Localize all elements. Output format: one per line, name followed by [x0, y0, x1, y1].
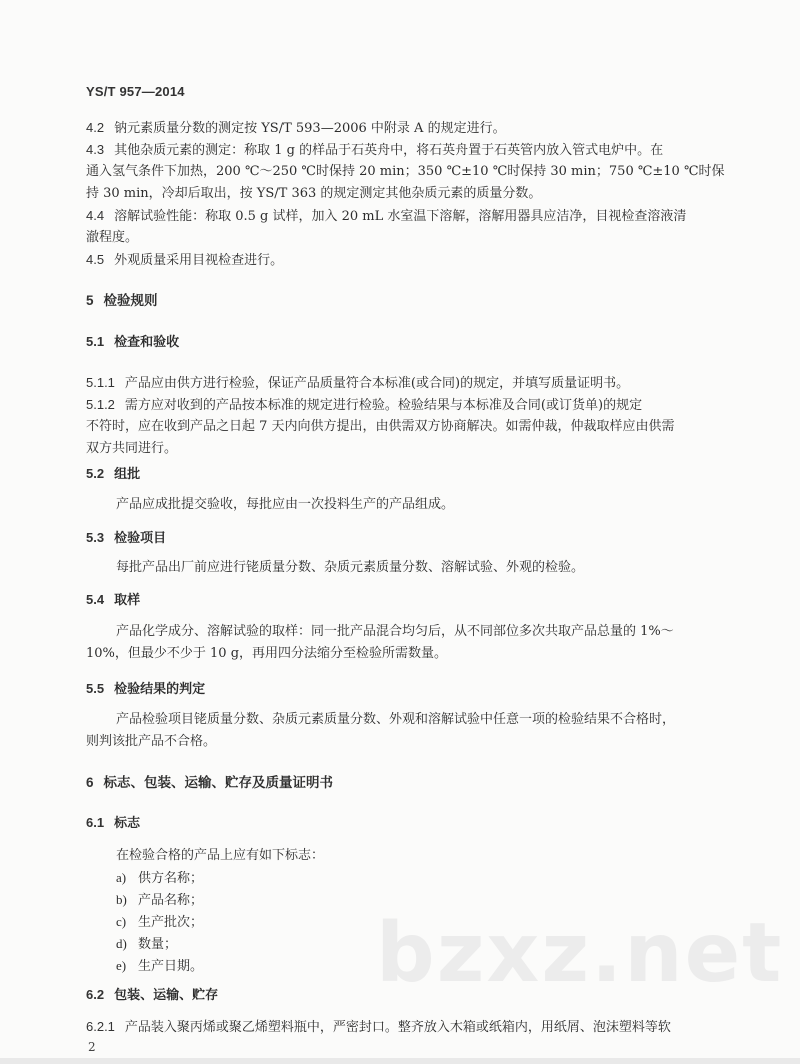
paragraph-6-1: 在检验合格的产品上应有如下标志： — [116, 846, 324, 866]
list-label: e) — [116, 956, 138, 976]
list-label: a) — [116, 868, 138, 888]
watermark: bzxz.net — [376, 913, 783, 995]
clause-number: 6.2.1 — [86, 1019, 115, 1034]
clause-4-5: 4.5外观质量采用目视检查进行。 — [86, 250, 283, 271]
list-item: a)供方名称； — [116, 868, 203, 889]
clause-5-1-2-cont: 双方共同进行。 — [86, 439, 177, 459]
section-title: 检验项目 — [114, 531, 166, 546]
clause-4-4: 4.4溶解试验性能：称取 0.5 g 试样，加入 20 mL 水室温下溶解，溶解… — [86, 206, 686, 227]
section-title: 标志、包装、运输、贮存及质量证明书 — [104, 775, 334, 791]
list-text: 产品名称； — [138, 893, 203, 908]
clause-text: 需方应对收到的产品按本标准的规定进行检验。检验结果与本标准及合同(或订货单)的规… — [125, 398, 642, 413]
section-number: 5.4 — [86, 592, 104, 607]
clause-text: 产品装入聚丙烯或聚乙烯塑料瓶中，严密封口。整齐放入木箱或纸箱内，用纸屑、泡沫塑料… — [125, 1020, 671, 1035]
document-page: bzxz.net YS/T 957—2014 4.2钠元素质量分数的测定按 YS… — [0, 0, 800, 1064]
section-5-5-heading: 5.5检验结果的判定 — [86, 679, 205, 700]
standard-code-header: YS/T 957—2014 — [86, 84, 185, 99]
clause-text: 溶解试验性能：称取 0.5 g 试样，加入 20 mL 水室温下溶解，溶解用器具… — [114, 209, 686, 224]
clause-4-4-cont: 澈程度。 — [86, 228, 138, 248]
section-title: 取样 — [114, 593, 140, 608]
clause-text: 产品应由供方进行检验，保证产品质量符合本标准(或合同)的规定，并填写质量证明书。 — [125, 376, 629, 391]
section-number: 6 — [86, 775, 94, 790]
paragraph-5-5: 产品检验项目铑质量分数、杂质元素质量分数、外观和溶解试验中任意一项的检验结果不合… — [116, 710, 675, 730]
section-number: 5.5 — [86, 681, 104, 696]
section-number: 5.3 — [86, 530, 104, 545]
paragraph-5-4-cont: 10%，但最少不少于 10 g，再用四分法缩分至检验所需数量。 — [86, 644, 447, 664]
list-item: e)生产日期。 — [116, 956, 203, 977]
section-5-heading: 5检验规则 — [86, 291, 158, 311]
clause-4-3: 4.3其他杂质元素的测定：称取 1 g 的样品于石英舟中，将石英舟置于石英管内放… — [86, 140, 663, 161]
section-6-1-heading: 6.1标志 — [86, 813, 140, 834]
clause-5-1-1: 5.1.1产品应由供方进行检验，保证产品质量符合本标准(或合同)的规定，并填写质… — [86, 373, 629, 394]
section-6-heading: 6标志、包装、运输、贮存及质量证明书 — [86, 773, 333, 793]
paragraph-5-2: 产品应成批提交验收，每批应由一次投料生产的产品组成。 — [116, 495, 454, 515]
section-5-4-heading: 5.4取样 — [86, 590, 140, 611]
section-5-1-heading: 5.1检查和验收 — [86, 332, 179, 353]
list-text: 数量； — [138, 937, 177, 952]
section-title: 标志 — [114, 816, 140, 831]
page-bottom-edge — [0, 1058, 800, 1064]
paragraph-5-4: 产品化学成分、溶解试验的取样：同一批产品混合均匀后，从不同部位多次共取产品总量的… — [116, 622, 674, 642]
clause-text: 外观质量采用目视检查进行。 — [114, 253, 283, 268]
list-item: d)数量； — [116, 934, 177, 955]
clause-number: 5.1.1 — [86, 375, 115, 390]
list-text: 供方名称； — [138, 871, 203, 886]
clause-text: 钠元素质量分数的测定按 YS/T 593—2006 中附录 A 的规定进行。 — [114, 121, 506, 136]
clause-5-1-2-cont: 不符时，应在收到产品之日起 7 天内向供方提出，由供需双方协商解决。如需仲裁，仲… — [86, 417, 675, 437]
clause-number: 5.1.2 — [86, 397, 115, 412]
clause-4-2: 4.2钠元素质量分数的测定按 YS/T 593—2006 中附录 A 的规定进行… — [86, 118, 506, 139]
list-label: b) — [116, 890, 138, 910]
clause-4-3-cont: 持 30 min，冷却后取出，按 YS/T 363 的规定测定其他杂质元素的质量… — [86, 184, 541, 204]
section-title: 检验结果的判定 — [114, 682, 205, 697]
list-item: c)生产批次； — [116, 912, 203, 933]
section-5-2-heading: 5.2组批 — [86, 464, 140, 485]
list-item: b)产品名称； — [116, 890, 203, 911]
section-number: 6.2 — [86, 987, 104, 1002]
section-number: 6.1 — [86, 815, 104, 830]
section-number: 5.2 — [86, 466, 104, 481]
clause-number: 4.3 — [86, 142, 104, 157]
paragraph-5-3: 每批产品出厂前应进行铑质量分数、杂质元素质量分数、溶解试验、外观的检验。 — [116, 558, 584, 578]
clause-number: 4.2 — [86, 120, 104, 135]
section-title: 包装、运输、贮存 — [114, 988, 218, 1003]
paragraph-5-5-cont: 则判该批产品不合格。 — [86, 732, 216, 752]
page-number: 2 — [88, 1040, 96, 1054]
section-5-3-heading: 5.3检验项目 — [86, 528, 166, 549]
clause-5-1-2: 5.1.2需方应对收到的产品按本标准的规定进行检验。检验结果与本标准及合同(或订… — [86, 395, 642, 416]
section-number: 5.1 — [86, 334, 104, 349]
section-title: 组批 — [114, 467, 140, 482]
clause-4-3-cont: 通入氢气条件下加热，200 ℃～250 ℃时保持 20 min；350 ℃±10… — [86, 162, 725, 182]
clause-text: 其他杂质元素的测定：称取 1 g 的样品于石英舟中，将石英舟置于石英管内放入管式… — [114, 143, 663, 158]
list-label: d) — [116, 934, 138, 954]
list-label: c) — [116, 912, 138, 932]
clause-number: 4.5 — [86, 252, 104, 267]
section-title: 检查和验收 — [114, 335, 179, 350]
list-text: 生产日期。 — [138, 959, 203, 974]
clause-number: 4.4 — [86, 208, 104, 223]
clause-6-2-1: 6.2.1产品装入聚丙烯或聚乙烯塑料瓶中，严密封口。整齐放入木箱或纸箱内，用纸屑… — [86, 1017, 671, 1038]
list-text: 生产批次； — [138, 915, 203, 930]
section-number: 5 — [86, 293, 94, 308]
section-title: 检验规则 — [104, 293, 158, 309]
section-6-2-heading: 6.2包装、运输、贮存 — [86, 985, 218, 1006]
